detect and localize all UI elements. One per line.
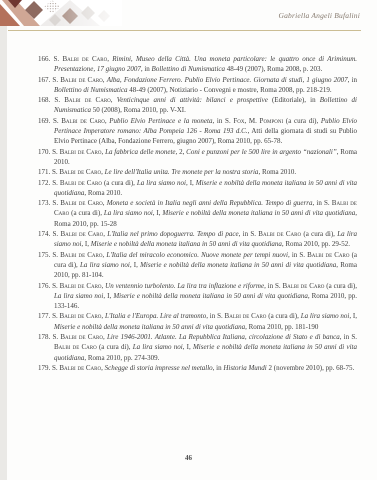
entry-number: 173.	[38, 199, 52, 207]
entry-text: , in	[239, 230, 251, 238]
bibliography-entry: 169. S. Balbi de Caro, Publio Elvio Pert…	[38, 116, 357, 147]
entry-author-name: S. Balbi de Caro	[52, 179, 102, 187]
entry-author-name: S. Balbi de Caro	[52, 312, 101, 320]
entry-author-name: S. Balbi de Caro	[52, 282, 101, 290]
decorative-corner-pattern-image	[0, 0, 122, 26]
entry-author-name: S. Balbi de Caro	[52, 168, 101, 176]
entry-text: 50 (2008), Roma 2010, pp. V-XI.	[91, 106, 186, 114]
entry-title-text: La lira siamo noi	[301, 312, 350, 320]
entry-text: 2 (novembre 2010), pp. 68-75.	[267, 364, 354, 372]
entry-title-text: Bollettino di Numismatica	[54, 86, 128, 94]
entry-text: , I,	[349, 312, 357, 320]
entry-text: , Roma 2010, pp. 274-309.	[84, 354, 159, 362]
entry-text: , in	[312, 199, 324, 207]
entry-title-text: Lire 1946-2001. Atlante. La Repubblica I…	[107, 333, 340, 341]
entry-author-name: S. Balbi de Caro	[299, 251, 349, 259]
entry-title-text: Miserie e nobiltà della moneta italiana …	[54, 323, 245, 331]
entry-title-text: Alba, Fondazione Ferrero. Publio Elvio P…	[107, 76, 348, 84]
bibliography-entry: 166. S. Balbi de Caro, Rimini, Museo del…	[38, 54, 357, 75]
entry-title-text: Publio Elvio Pertinace e la moneta	[109, 117, 212, 125]
entry-number: 171.	[38, 168, 52, 176]
entry-title-text: Miserie e nobiltà della moneta italiana …	[162, 209, 355, 217]
entry-text: (a cura di),	[69, 209, 104, 217]
entry-text: , in	[340, 333, 352, 341]
book-page: Gabriella Angeli Bufalini 166. S. Balbi …	[0, 0, 377, 480]
entry-number: 170.	[38, 148, 52, 156]
entry-title-text: Un ventennio turbolento. La lira tra inf…	[105, 282, 264, 290]
bibliography-entry: 172. S. Balbi de Caro (a cura di), La li…	[38, 178, 357, 199]
bibliography-entry: 175. S. Balbi de Caro, L'Italia del mira…	[38, 250, 357, 281]
bibliography-entry: 173. S. Balbi de Caro, Moneta e società …	[38, 198, 357, 229]
entry-title-text: Miserie e nobiltà della moneta italiana …	[113, 292, 308, 300]
entry-author-name: S. Balbi de Caro	[52, 333, 103, 341]
entry-text: , in	[141, 65, 152, 73]
entry-author-name: S. Fox, M. Pomponi	[225, 117, 283, 125]
entry-number: 167.	[38, 76, 52, 84]
entry-number: 172.	[38, 179, 52, 187]
entry-author-name: S. Balbi de Caro	[217, 312, 266, 320]
entry-title-text: Moneta e società in Italia negli anni de…	[107, 199, 313, 207]
entry-title-text: Venticinque anni di attività: bilanci e …	[117, 96, 268, 104]
entry-number: 168.	[38, 96, 54, 104]
bibliography-entry: 174. S. Balbi de Caro, L'Italia nel prim…	[38, 229, 357, 250]
bibliography-entry: 176. S. Balbi de Caro, Un ventennio turb…	[38, 281, 357, 312]
header-rule-divider	[8, 30, 361, 31]
bibliography-entry: 179. S. Balbi de Caro, Schegge di storia…	[38, 363, 357, 373]
entry-text: , 2,	[176, 148, 187, 156]
entry-title-text: Coni e punzoni per le 500 lire in argent…	[186, 148, 337, 156]
entry-title-text: Schegge di storia impresse nel metallo	[105, 364, 213, 372]
entry-title-text: Le lire dell'Italia unita. Tre monete pe…	[105, 168, 259, 176]
bibliography-entry: 170. S. Balbi de Caro, La fabbrica delle…	[38, 147, 357, 168]
entry-author-name: S. Balbi de Caro	[52, 76, 102, 84]
entry-text: , Roma 2010.	[84, 189, 122, 197]
entry-text: (a cura di),	[102, 179, 137, 187]
entry-title-text: Miserie e nobiltà della moneta italiana …	[140, 261, 336, 269]
entry-number: 177.	[38, 312, 52, 320]
entry-number: 175.	[38, 251, 52, 259]
entry-text: , Roma 2010, pp. 181-190	[245, 323, 318, 331]
entry-number: 174.	[38, 230, 53, 238]
entry-text: (a cura di),	[283, 117, 321, 125]
entry-author-name: S. Balbi de Caro	[250, 230, 301, 238]
entry-text: , I,	[130, 261, 140, 269]
running-header-author: Gabriella Angeli Bufalini	[278, 11, 360, 20]
bibliography-entry: 167. S. Balbi de Caro, Alba, Fondazione …	[38, 75, 357, 96]
entry-text: , in	[213, 364, 224, 372]
bibliography-entry: 168. S. Balbi de Caro, Venticinque anni …	[38, 95, 357, 116]
entry-author-name: S. Balbi de Caro	[52, 199, 102, 207]
entry-text: , in	[288, 251, 299, 259]
entry-number: 178.	[38, 333, 52, 341]
entry-text: , in	[264, 282, 275, 290]
entry-text: , I,	[81, 240, 90, 248]
entry-text: , I,	[186, 179, 196, 187]
entry-text: , in	[206, 312, 217, 320]
entry-title-text: L'Italia nel primo dopoguerra. Tempo di …	[107, 230, 238, 238]
entry-text: 48-49 (2007), Roma 2008, p. 203.	[225, 65, 322, 73]
entry-text: , I,	[183, 343, 193, 351]
page-edge-shadow	[0, 0, 7, 480]
entry-title-text: La lira siamo noi	[54, 292, 103, 300]
entry-author-name: S. Balbi de Caro	[54, 96, 110, 104]
entry-number: 176.	[38, 282, 52, 290]
entry-title-text: Historia Mundi	[223, 364, 266, 372]
entry-author-name: S. Balbi de Caro	[275, 282, 324, 290]
entry-title-text: La fabbrica delle monete	[105, 148, 175, 156]
entry-text: , in	[212, 117, 225, 125]
entry-text: (a cura di),	[324, 282, 357, 290]
entry-title-text: La lira siamo noi	[80, 261, 130, 269]
entry-text: , Roma 2010, pp. 29-52.	[282, 240, 350, 248]
entry-text: , I,	[103, 292, 113, 300]
entry-title-text: La lira siamo noi	[137, 179, 186, 187]
entry-text: (Editoriale), in	[268, 96, 320, 104]
entry-author-name: S. Balbi de Caro	[52, 148, 101, 156]
bibliography-list: 166. S. Balbi de Caro, Rimini, Museo del…	[38, 54, 357, 373]
entry-title-text: Bollettino di Numismatica	[152, 65, 226, 73]
entry-number: 166.	[38, 55, 54, 63]
entry-title-text: L'Italia e l'Europa. Lire al tramonto	[105, 312, 206, 320]
entry-author-name: S. Balbi de Caro	[53, 117, 105, 125]
entry-title-text: L'Italia del miracolo economico. Nuove m…	[106, 251, 288, 259]
bibliography-entry: 171. S. Balbi de Caro, Le lire dell'Ital…	[38, 167, 357, 177]
entry-title-text: Miserie e nobiltà della moneta italiana …	[91, 240, 282, 248]
bibliography-entry: 178. S. Balbi de Caro, Lire 1946-2001. A…	[38, 332, 357, 363]
page-number: 46	[0, 454, 377, 462]
entry-text: , I,	[153, 209, 163, 217]
entry-text: (a cura di),	[301, 230, 337, 238]
entry-text: 48-49 (2007), Notiziario - Convegni e mo…	[128, 86, 332, 94]
entry-number: 179.	[38, 364, 52, 372]
entry-text: (a cura di),	[266, 312, 300, 320]
entry-title-text: La lira siamo noi	[104, 209, 153, 217]
bibliography-entry: 177. S. Balbi de Caro, L'Italia e l'Euro…	[38, 311, 357, 332]
entry-author-name: S. Balbi de Caro	[52, 364, 101, 372]
entry-text: , Roma 2010.	[258, 168, 296, 176]
entry-author-name: S. Balbi de Caro	[53, 230, 104, 238]
entry-author-name: S. Balbi de Caro	[52, 251, 102, 259]
entry-title-text: La lira siamo noi	[133, 343, 183, 351]
entry-text: , in	[348, 76, 357, 84]
entry-author-name: S. Balbi de Caro	[54, 55, 108, 63]
entry-number: 169.	[38, 117, 53, 125]
entry-text: (a cura di),	[97, 343, 133, 351]
